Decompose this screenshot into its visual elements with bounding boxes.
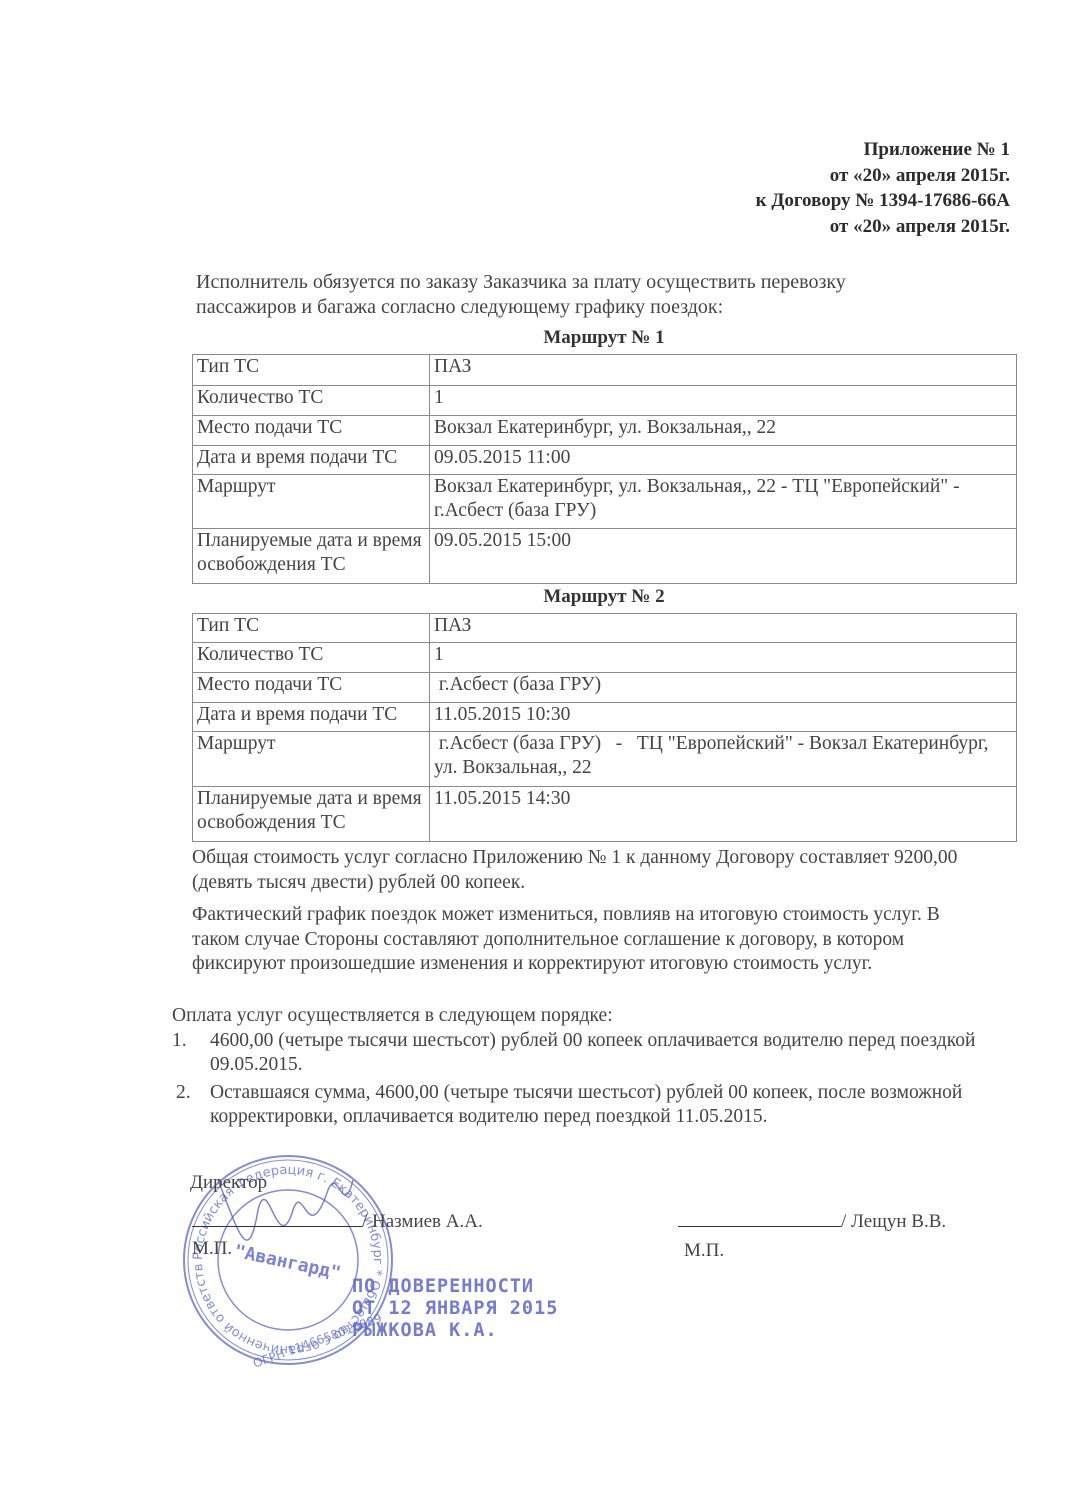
table-row: Тип ТСПАЗ <box>193 614 1017 643</box>
row-value: 09.05.2015 11:00 <box>430 446 1017 475</box>
payment-intro: Оплата услуг осуществляется в следующем … <box>172 1004 1002 1029</box>
row-label: Место подачи ТС <box>193 416 430 446</box>
right-seal-label: М.П. <box>684 1240 724 1262</box>
signature-underline <box>192 1208 362 1227</box>
proxy-stamp: ПО ДОВЕРЕННОСТИ ОТ 12 ЯНВАРЯ 2015 РЫЖКОВ… <box>352 1276 558 1342</box>
row-label: Тип ТС <box>193 614 430 643</box>
payment-item-2: 2. Оставшаяся сумма, 4600,00 (четыре тыс… <box>172 1081 1002 1130</box>
route-1-title: Маршрут № 1 <box>192 327 1016 349</box>
row-value: г.Асбест (база ГРУ) - ТЦ "Европейский" -… <box>430 732 1017 787</box>
table-row: Место подачи ТСВокзал Екатеринбург, ул. … <box>193 416 1017 446</box>
row-value: 09.05.2015 15:00 <box>430 529 1017 584</box>
payment-item-1: 1. 4600,00 (четыре тысячи шестьсот) рубл… <box>172 1029 1002 1078</box>
proxy-line-3: РЫЖКОВА К.А. <box>352 1320 558 1342</box>
row-label: Маршрут <box>193 475 430 529</box>
row-value: г.Асбест (база ГРУ) <box>430 673 1017 703</box>
row-label: Дата и время подачи ТС <box>193 446 430 475</box>
contract-date: от «20» апреля 2015г. <box>756 214 1010 240</box>
left-seal-label: М.П. <box>192 1238 232 1260</box>
table-row: Маршрут г.Асбест (база ГРУ) - ТЦ "Европе… <box>193 732 1017 787</box>
row-value: ПАЗ <box>430 614 1017 643</box>
table-row: Количество ТС1 <box>193 386 1017 416</box>
list-text: Оставшаяся сумма, 4600,00 (четыре тысячи… <box>210 1082 962 1128</box>
appendix-header: Приложение № 1 от «20» апреля 2015г. к Д… <box>756 137 1010 239</box>
row-label: Планируемые дата и время освобождения ТС <box>193 787 430 842</box>
list-text: 4600,00 (четыре тысячи шестьсот) рублей … <box>210 1030 975 1076</box>
left-signer-name: / Назмиев А.А. <box>362 1211 483 1232</box>
table-row: Дата и время подачи ТС11.05.2015 10:30 <box>193 703 1017 732</box>
row-value: Вокзал Екатеринбург, ул. Вокзальная,, 22… <box>430 475 1017 529</box>
list-number: 1. <box>172 1029 187 1054</box>
list-number: 2. <box>176 1081 191 1106</box>
table-row: Тип ТСПАЗ <box>193 355 1017 386</box>
table-row: МаршрутВокзал Екатеринбург, ул. Вокзальн… <box>193 475 1017 529</box>
signature-underline <box>678 1208 841 1227</box>
row-label: Планируемые дата и время освобождения ТС <box>193 529 430 584</box>
row-label: Тип ТС <box>193 355 430 386</box>
row-value: 11.05.2015 10:30 <box>430 703 1017 732</box>
total-cost-paragraph: Общая стоимость услуг согласно Приложени… <box>192 846 992 895</box>
row-label: Место подачи ТС <box>193 673 430 703</box>
table-row: Планируемые дата и время освобождения ТС… <box>193 787 1017 842</box>
proxy-line-1: ПО ДОВЕРЕННОСТИ <box>352 1276 558 1298</box>
proxy-line-2: ОТ 12 ЯНВАРЯ 2015 <box>352 1298 558 1320</box>
payment-section: Оплата услуг осуществляется в следующем … <box>172 1004 1002 1130</box>
appendix-date: от «20» апреля 2015г. <box>756 163 1010 189</box>
table-row: Место подачи ТС г.Асбест (база ГРУ) <box>193 673 1017 703</box>
row-label: Маршрут <box>193 732 430 787</box>
row-value: 1 <box>430 386 1017 416</box>
route-2-table: Тип ТСПАЗ Количество ТС1 Место подачи ТС… <box>192 613 1017 842</box>
left-signature-line: / Назмиев А.А. <box>192 1208 483 1233</box>
row-label: Количество ТС <box>193 386 430 416</box>
route-2-title: Маршрут № 2 <box>192 586 1016 608</box>
row-value: ПАЗ <box>430 355 1017 386</box>
right-signature-line: / Лещун В.В. <box>678 1208 946 1233</box>
stamp-company-name: "Авангард" <box>232 1241 342 1284</box>
route-1-table: Тип ТСПАЗ Количество ТС1 Место подачи ТС… <box>192 354 1017 584</box>
row-value: 1 <box>430 643 1017 673</box>
table-row: Планируемые дата и время освобождения ТС… <box>193 529 1017 584</box>
row-value: 11.05.2015 14:30 <box>430 787 1017 842</box>
appendix-title: Приложение № 1 <box>756 137 1010 163</box>
intro-paragraph: Исполнитель обязуется по заказу Заказчик… <box>196 270 936 320</box>
director-title: Директор <box>190 1172 267 1194</box>
right-signer-name: / Лещун В.В. <box>841 1211 946 1232</box>
row-label: Количество ТС <box>193 643 430 673</box>
schedule-note-paragraph: Фактический график поездок может изменит… <box>192 903 992 977</box>
row-value: Вокзал Екатеринбург, ул. Вокзальная,, 22 <box>430 416 1017 446</box>
row-label: Дата и время подачи ТС <box>193 703 430 732</box>
table-row: Количество ТС1 <box>193 643 1017 673</box>
contract-number: к Договору № 1394-17686-66А <box>756 188 1010 214</box>
table-row: Дата и время подачи ТС09.05.2015 11:00 <box>193 446 1017 475</box>
